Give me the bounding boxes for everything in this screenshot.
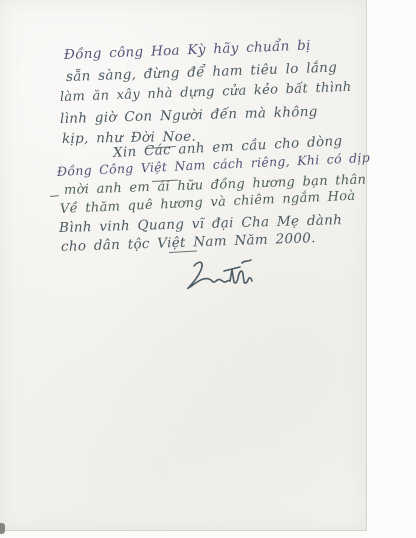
underline-stroke (169, 251, 197, 254)
handwritten-line: Đồng công Hoa Kỳ hãy chuẩn bị (64, 39, 311, 62)
scan-artifact (0, 523, 5, 534)
handwritten-line: lình giờ Con Người đến mà không (60, 105, 318, 126)
letter-page: Đồng công Hoa Kỳ hãy chuẩn bị sẵn sàng, … (0, 0, 367, 531)
handwritten-line: làm ăn xây nhà dựng cửa kẻo bất thình (60, 81, 352, 105)
scan-background: { "document": { "kind": "scanned-handwri… (0, 0, 416, 538)
margin-dash-mark (50, 195, 59, 197)
handwritten-line: sẵn sàng, đừng để ham tiêu lo lắng (66, 61, 338, 84)
signature (178, 256, 264, 298)
